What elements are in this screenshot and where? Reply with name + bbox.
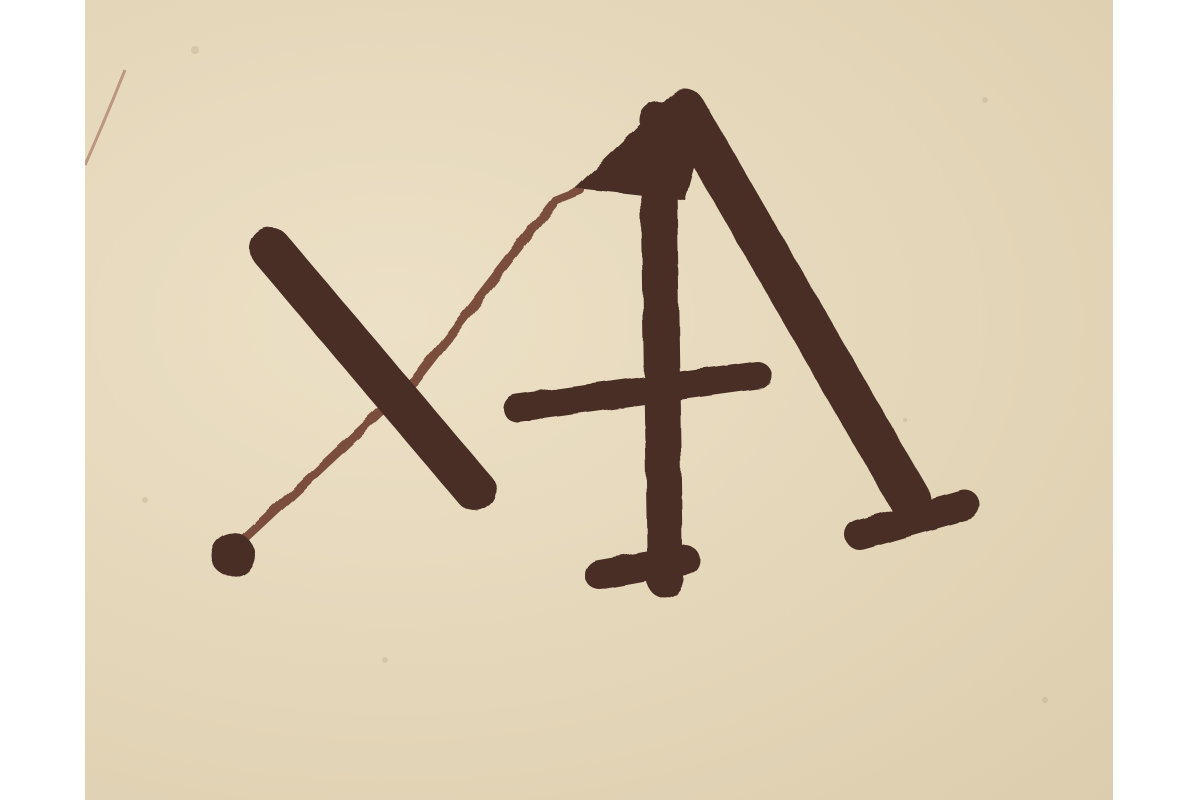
glyph-a <box>517 95 965 580</box>
glyph-x <box>211 190 580 577</box>
parchment-photo: Handwritten ink glyphs on aged parchment <box>85 0 1113 800</box>
ink-glyphs <box>85 0 1113 800</box>
